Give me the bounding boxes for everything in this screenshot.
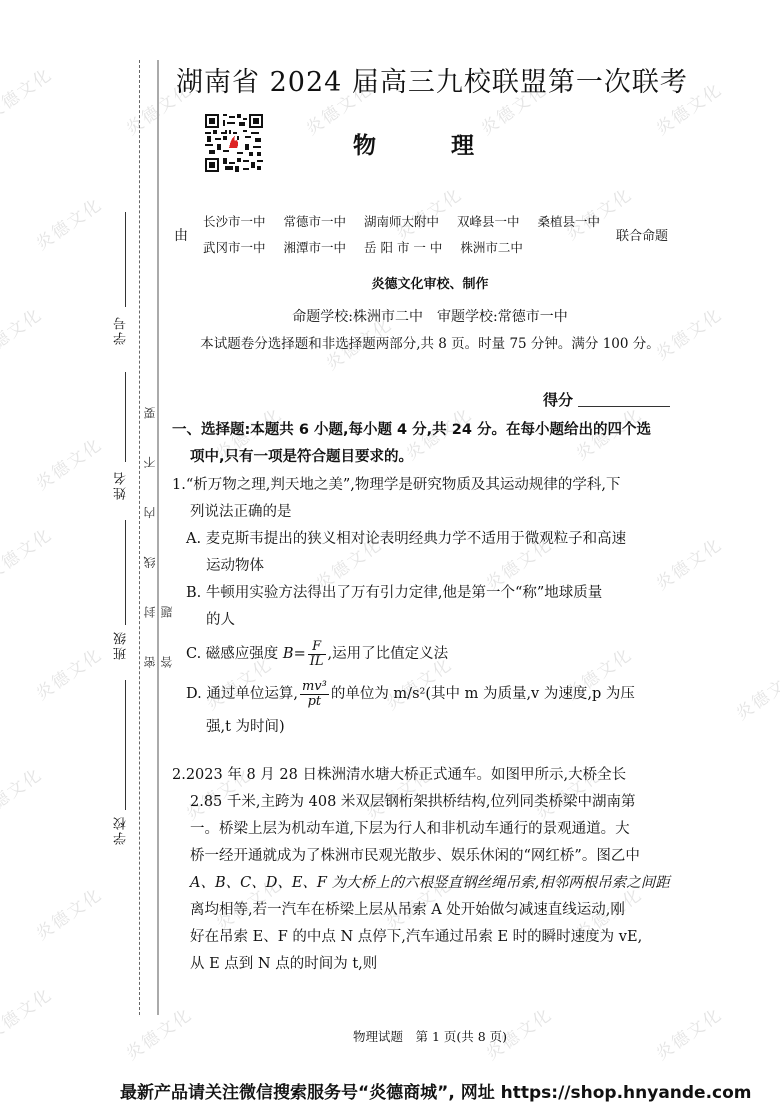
q2-line: 从 E 点到 N 点的时间为 t,则 [172,951,677,978]
seal-dotted-line [139,60,140,1015]
question-2: 2.2023 年 8 月 28 日株洲清水塘大桥正式通车。如图甲所示,大桥全长 … [172,762,677,978]
subject-title-char2: 理 [451,127,474,160]
option-a-line1: A. 麦克斯韦提出的狭义相对论表明经典力学不适用于微观粒子和高速 [186,526,677,553]
school: 桑植县一中 [538,214,601,229]
qr-code[interactable] [205,114,263,172]
q2-line: 2.2023 年 8 月 28 日株洲清水塘大桥正式通车。如图甲所示,大桥全长 [172,762,677,789]
school: 武冈市一中 [203,240,266,255]
watermark: 炎德文化 [30,880,107,944]
fraction-mv3-over-pt: mv³pt [300,680,329,709]
field-label-class: 班级 [112,630,131,660]
setting-schools-line: 命题学校:株洲市二中 审题学校:常德市一中 [160,306,700,326]
math-eq: = [294,646,306,662]
field-label-student-id: 学号 [112,315,131,345]
q1-option-d[interactable]: D. 通过单位运算,mv³pt的单位为 m/s²(其中 m 为质量,v 为速度,… [172,674,677,714]
watermark: 炎德文化 [30,430,107,494]
q1-stem-line1: 1.“析万物之理,判天地之美”,物理学是研究物质及其运动规律的学科,下 [172,472,677,499]
organizer-schools-row1: 长沙市一中 常德市一中 湖南师大附中 双峰县一中 桑植县一中 [203,212,614,230]
q2-line: 好在吊索 E、F 的中点 N 点停下,汽车通过吊索 E 时的瞬时速度为 vE, [172,924,677,951]
q1-option-c[interactable]: C. 磁感应强度 B=FIL,运用了比值定义法 [172,634,677,674]
school: 湘潭市一中 [284,240,347,255]
fraction-f-over-il: FIL [308,640,326,669]
math-var: B [283,646,294,662]
option-d-tail: 的单位为 m/s²(其中 m 为质量,v 为速度,p 为压 [331,686,635,702]
fraction-numerator: mv³ [300,680,329,695]
school: 岳 阳 市 一 中 [364,240,442,255]
watermark: 炎德文化 [0,300,46,364]
promo-banner[interactable]: 最新产品请关注微信搜索服务号“炎德商城”, 网址 https://shop.hn… [120,1078,752,1103]
watermark: 炎德文化 [0,520,56,584]
field-label-school: 学校 [112,815,131,845]
organizer-prefix: 由 [174,225,188,245]
section-heading: 一、选择题:本题共 6 小题,每小题 4 分,共 24 分。在每小题给出的四个选… [172,417,677,471]
section-heading-line1: 一、选择题:本题共 6 小题,每小题 4 分,共 24 分。在每小题给出的四个选 [172,417,677,444]
watermark: 炎德文化 [0,980,56,1044]
option-d-text: D. 通过单位运算, [186,686,298,702]
option-b-line1: B. 牛顿用实验方法得出了万有引力定律,他是第一个“称”地球质量 [186,580,677,607]
school: 双峰县一中 [457,214,520,229]
q2-line: A、B、C、D、E、F 为大桥上的六根竖直钢丝绳吊索,相邻两根吊索之间距 [172,870,677,897]
q1-option-a[interactable]: A. 麦克斯韦提出的狭义相对论表明经典力学不适用于微观粒子和高速 运动物体 [172,526,677,580]
option-d-line2: 强,t 为时间) [172,714,677,741]
field-underline [125,520,126,625]
q2-line: 桥一经开通就成为了株洲市民观光散步、娱乐休闲的“网红桥”。图乙中 [172,843,677,870]
q2-line: 离均相等,若一汽车在桥梁上层从吊索 A 处开始做匀减速直线运动,刚 [172,897,677,924]
seal-warning-text: 密 封 线 内 不 要 答 题 [141,378,175,668]
option-b-line2: 的人 [186,607,677,634]
field-underline [125,212,126,307]
fraction-denominator: pt [300,695,329,709]
q1-stem-line2: 列说法正确的是 [172,499,677,526]
watermark: 炎德文化 [30,640,107,704]
score-label: 得分 [543,389,573,410]
exam-title: 湖南省 2024 届高三九校联盟第一次联考 [176,60,688,99]
school: 常德市一中 [284,214,347,229]
watermark: 炎德文化 [730,660,780,724]
fraction-denominator: IL [308,655,326,669]
watermark: 炎德文化 [30,190,107,254]
school: 株洲市二中 [460,240,523,255]
page-footer: 物理试题 第 1 页(共 8 页) [160,1027,700,1045]
field-underline [125,680,126,810]
school: 湖南师大附中 [364,214,439,229]
school: 长沙市一中 [203,214,266,229]
field-label-name: 姓名 [112,470,131,500]
field-underline [125,372,126,462]
option-c-tail: ,运用了比值定义法 [328,646,449,662]
score-field[interactable] [578,406,670,407]
organizer-schools-row2: 武冈市一中 湘潭市一中 岳 阳 市 一 中 株洲市二中 [203,238,537,256]
option-c-text: C. 磁感应强度 [186,646,283,662]
fraction-numerator: F [308,640,326,655]
producer-line: 炎德文化审校、制作 [160,273,700,292]
organizer-suffix: 联合命题 [616,225,668,244]
watermark: 炎德文化 [0,60,56,124]
exam-instructions: 本试题卷分选择题和非选择题两部分,共 8 页。时量 75 分钟。满分 100 分… [160,332,700,352]
question-1: 1.“析万物之理,判天地之美”,物理学是研究物质及其运动规律的学科,下 列说法正… [172,472,677,741]
section-heading-line2: 项中,只有一项是符合题目要求的。 [172,444,677,471]
q2-line: 2.85 千米,主跨为 408 米双层钢桁架拱桥结构,位列同类桥梁中湖南第 [172,789,677,816]
subject-title-char1: 物 [353,127,376,160]
q1-option-b[interactable]: B. 牛顿用实验方法得出了万有引力定律,他是第一个“称”地球质量 的人 [172,580,677,634]
watermark: 炎德文化 [0,760,46,824]
option-a-line2: 运动物体 [186,553,677,580]
q2-line: 一。桥梁上层为机动车道,下层为行人和非机动车通行的景观通道。大 [172,816,677,843]
